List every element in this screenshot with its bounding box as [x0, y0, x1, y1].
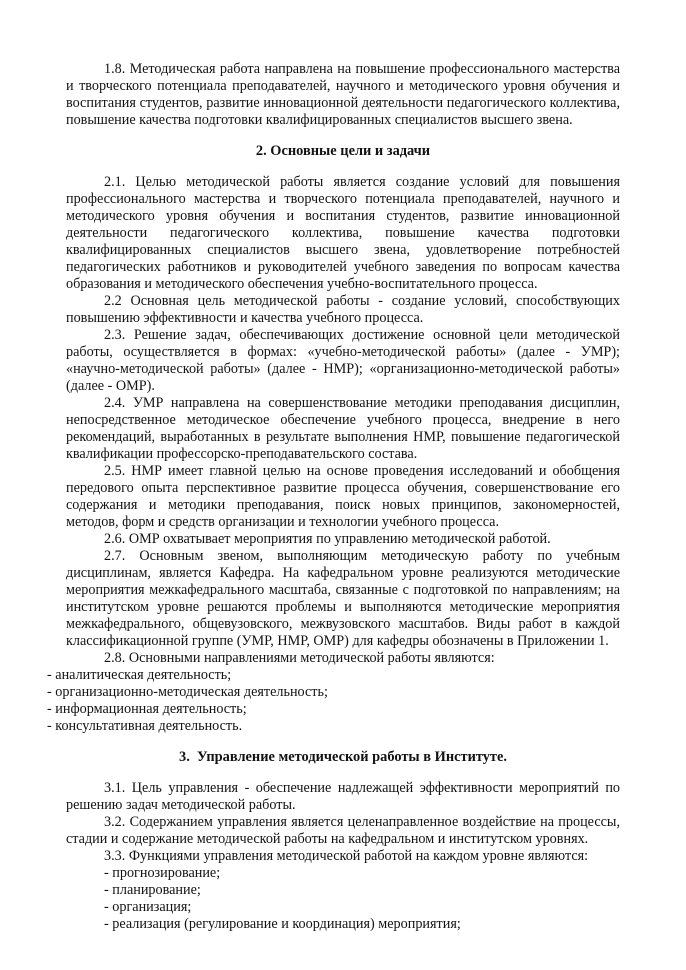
list-item-forecasting: - прогнозирование;	[66, 865, 620, 882]
paragraph-2-7: 2.7. Основным звеном, выполняющим методи…	[66, 548, 620, 650]
list-item-analytical: - аналитическая деятельность;	[47, 667, 620, 684]
paragraph-2-5: 2.5. НМР имеет главной целью на основе п…	[66, 463, 620, 531]
paragraph-2-6: 2.6. ОМР охватывает мероприятия по управ…	[66, 531, 620, 548]
document-page: 1.8. Методическая работа направлена на п…	[0, 0, 686, 970]
list-item-consultative: - консультативная деятельность.	[47, 718, 620, 735]
paragraph-1-8: 1.8. Методическая работа направлена на п…	[66, 61, 620, 129]
paragraph-2-3: 2.3. Решение задач, обеспечивающих дости…	[66, 327, 620, 395]
section-heading-2: 2. Основные цели и задачи	[66, 143, 620, 160]
paragraph-3-1: 3.1. Цель управления - обеспечение надле…	[66, 780, 620, 814]
list-item-organization: - организация;	[66, 899, 620, 916]
paragraph-2-2: 2.2 Основная цель методической работы - …	[66, 293, 620, 327]
list-item-informational: - информационная деятельность;	[47, 701, 620, 718]
list-item-organizational: - организационно-методическая деятельнос…	[47, 684, 620, 701]
list-item-planning: - планирование;	[66, 882, 620, 899]
section-heading-3: 3. Управление методической работы в Инст…	[66, 749, 620, 766]
paragraph-3-3: 3.3. Функциями управления методической р…	[66, 848, 620, 865]
paragraph-2-1: 2.1. Целью методической работы является …	[66, 174, 620, 293]
paragraph-3-2: 3.2. Содержанием управления является цел…	[66, 814, 620, 848]
paragraph-2-4: 2.4. УМР направлена на совершенствование…	[66, 395, 620, 463]
list-item-realization: - реализация (регулирование и координаци…	[66, 916, 620, 933]
paragraph-2-8: 2.8. Основными направлениями методическо…	[66, 650, 620, 667]
